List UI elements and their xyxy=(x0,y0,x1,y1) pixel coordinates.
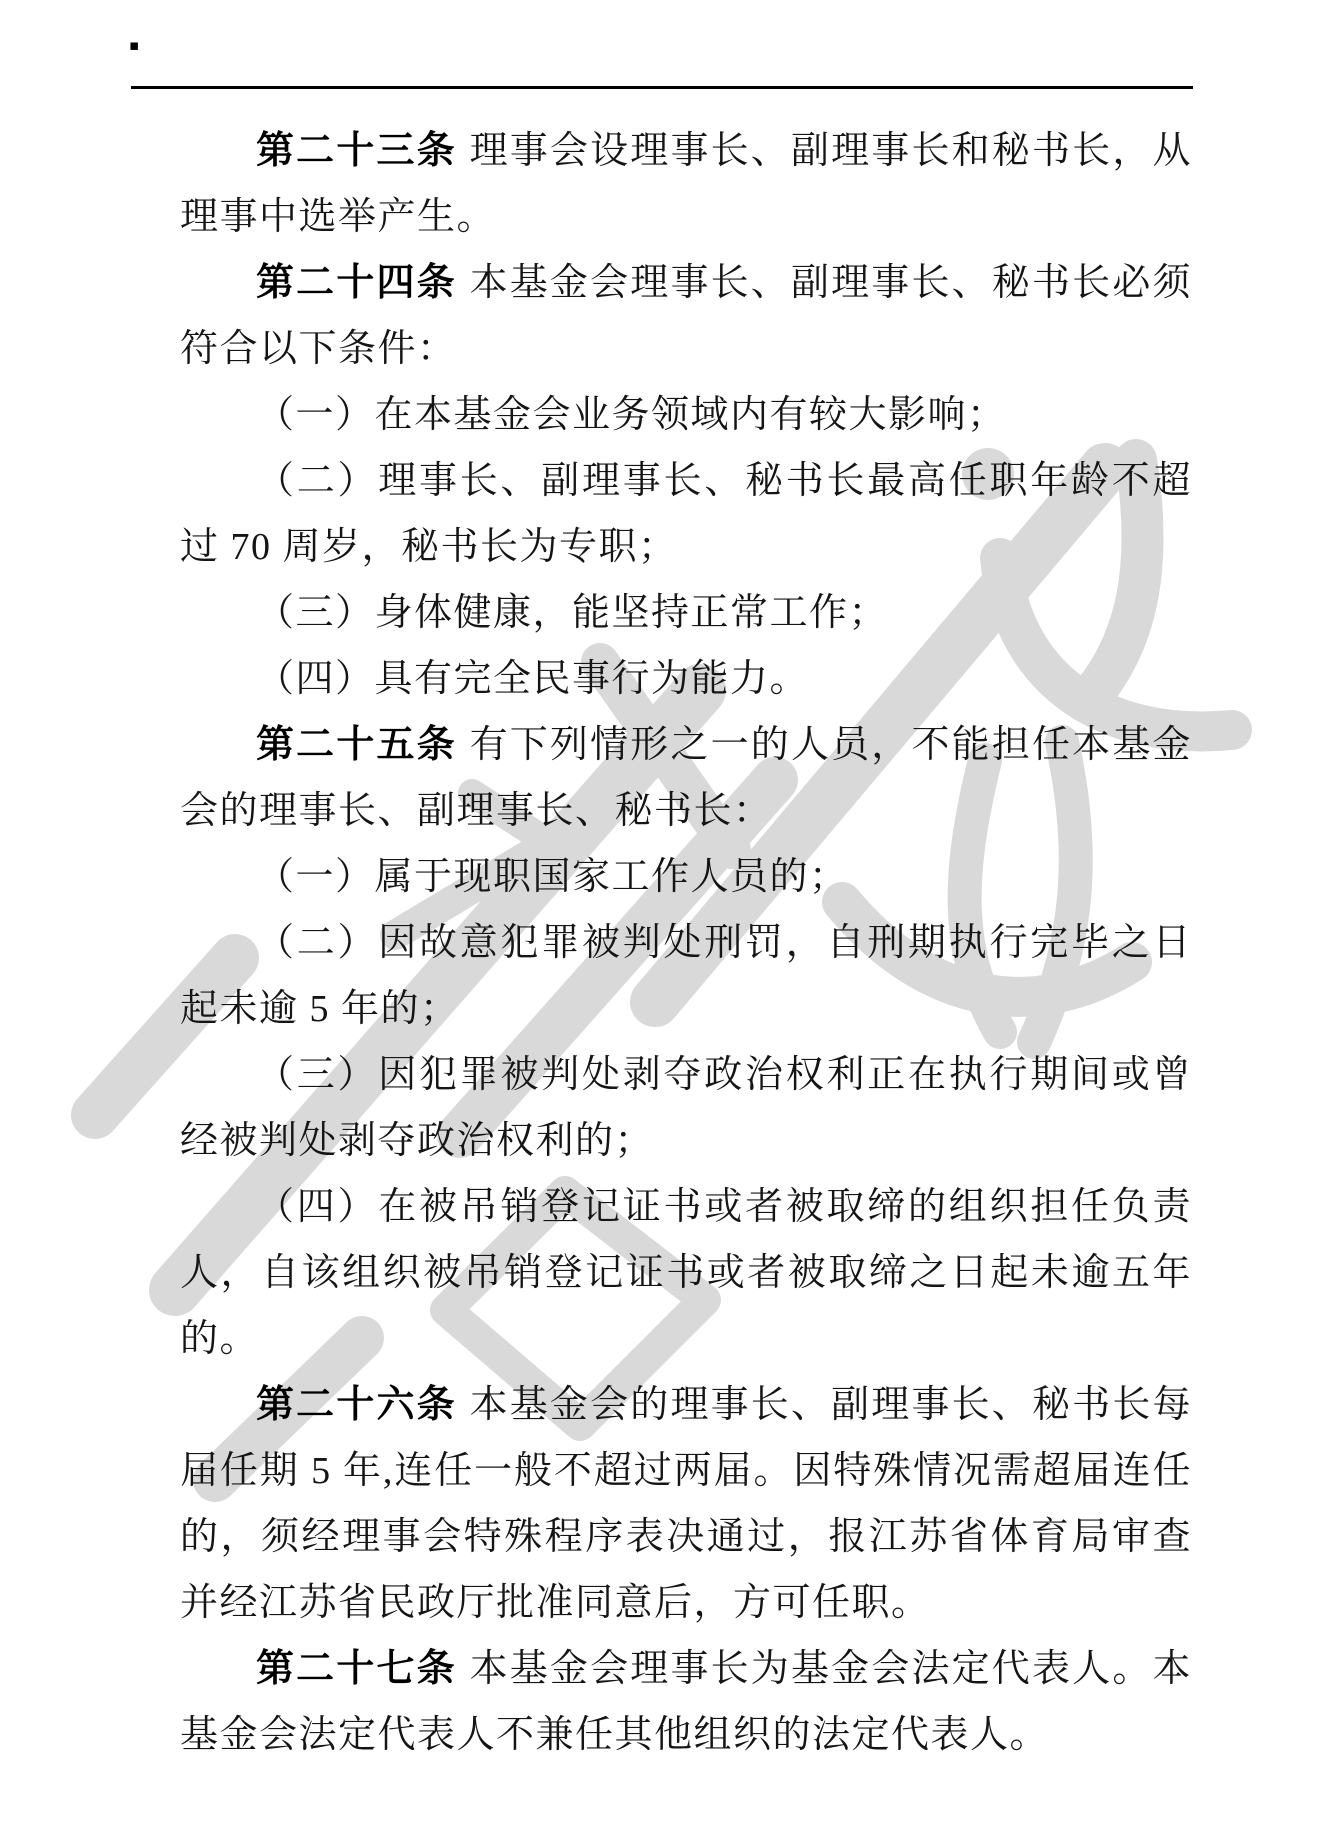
paragraph-text: （一）属于现职国家工作人员的； xyxy=(256,856,849,898)
paragraph: （一）属于现职国家工作人员的； xyxy=(180,844,1192,910)
paragraph: （二）理事长、副理事长、秘书长最高任职年龄不超过 70 周岁，秘书长为专职； xyxy=(180,448,1192,580)
paragraph-text: （三）身体健康，能坚持正常工作； xyxy=(256,592,888,634)
paragraph-text: （四）具有完全民事行为能力。 xyxy=(256,658,809,700)
paragraph: （一）在本基金会业务领域内有较大影响； xyxy=(180,382,1192,448)
paragraph: （四）在被吊销登记证书或者被取缔的组织担任负责人，自该组织被吊销登记证书或者被取… xyxy=(180,1174,1192,1372)
article-number: 第二十四条 xyxy=(256,262,470,304)
paragraph: 第二十五条有下列情形之一的人员，不能担任本基金会的理事长、副理事长、秘书长： xyxy=(180,712,1192,844)
document-page: ▪ 第二十三条理事会设理事长、副理事长和秘书长，从理事中选举产生。第二十四条本基… xyxy=(0,0,1328,1834)
article-number: 第二十七条 xyxy=(256,1648,470,1690)
header-rule xyxy=(131,86,1193,89)
paragraph: （三）因犯罪被判处剥夺政治权利正在执行期间或曾经被判处剥夺政治权利的； xyxy=(180,1042,1192,1174)
paragraph-text: （二）因故意犯罪被判处刑罚，自刑期执行完毕之日起未逾 5 年的； xyxy=(180,922,1192,1030)
paragraph-text: （三）因犯罪被判处剥夺政治权利正在执行期间或曾经被判处剥夺政治权利的； xyxy=(180,1054,1192,1162)
header-corner-mark: ▪ xyxy=(129,38,139,53)
paragraph: 第二十六条本基金会的理事长、副理事长、秘书长每届任期 5 年,连任一般不超过两届… xyxy=(180,1372,1192,1636)
paragraph: 第二十七条本基金会理事长为基金会法定代表人。本基金会法定代表人不兼任其他组织的法… xyxy=(180,1636,1192,1768)
paragraph-text: （二）理事长、副理事长、秘书长最高任职年龄不超过 70 周岁，秘书长为专职； xyxy=(180,460,1192,568)
article-number: 第二十六条 xyxy=(256,1384,470,1426)
paragraph: （三）身体健康，能坚持正常工作； xyxy=(180,580,1192,646)
paragraph-text: （四）在被吊销登记证书或者被取缔的组织担任负责人，自该组织被吊销登记证书或者被取… xyxy=(180,1186,1192,1360)
paragraph: 第二十三条理事会设理事长、副理事长和秘书长，从理事中选举产生。 xyxy=(180,118,1192,250)
paragraph: （二）因故意犯罪被判处刑罚，自刑期执行完毕之日起未逾 5 年的； xyxy=(180,910,1192,1042)
article-number: 第二十五条 xyxy=(256,724,470,766)
paragraph-text: （一）在本基金会业务领域内有较大影响； xyxy=(256,394,1007,436)
document-body: 第二十三条理事会设理事长、副理事长和秘书长，从理事中选举产生。第二十四条本基金会… xyxy=(180,118,1192,1768)
paragraph: （四）具有完全民事行为能力。 xyxy=(180,646,1192,712)
article-number: 第二十三条 xyxy=(256,130,470,172)
paragraph: 第二十四条本基金会理事长、副理事长、秘书长必须符合以下条件： xyxy=(180,250,1192,382)
